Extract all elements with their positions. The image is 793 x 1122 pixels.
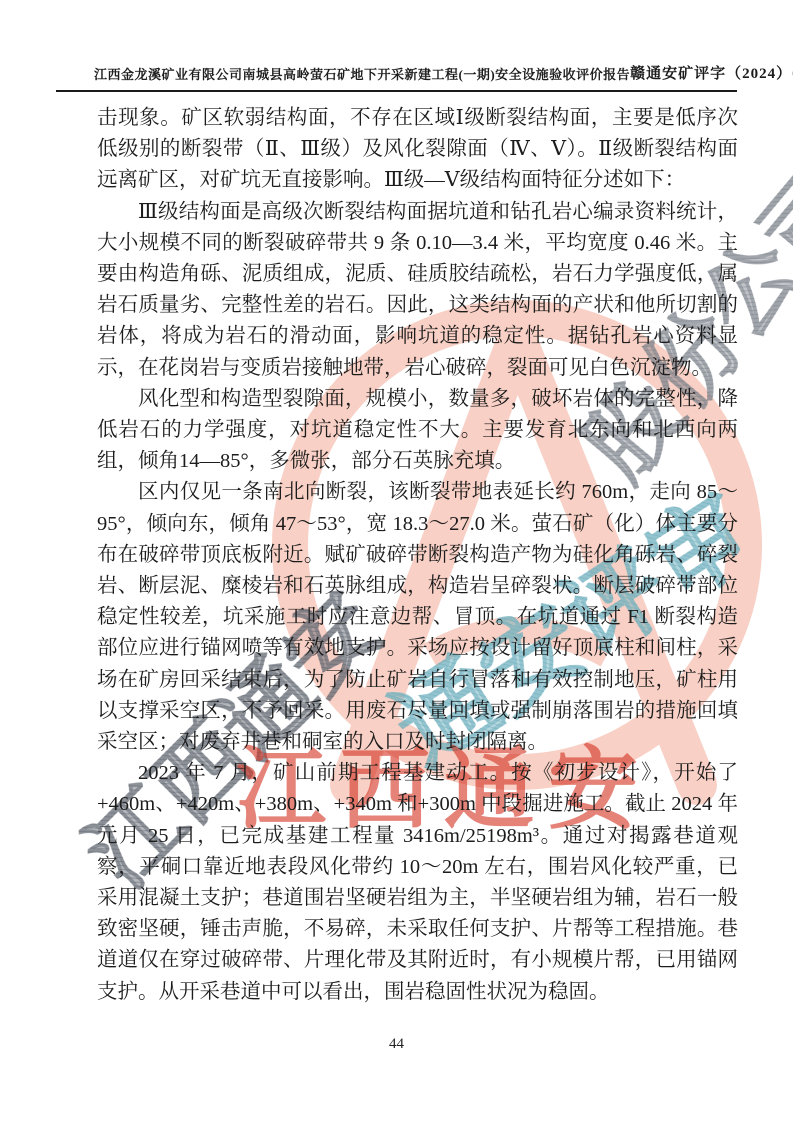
body-paragraph: 击现象。矿区软弱结构面，不存在区域Ⅰ级断裂结构面，主要是低序次低级别的断裂带（Ⅱ… xyxy=(97,103,738,197)
page-header: 江西金龙溪矿业有限公司南城县高岭萤石矿地下开采新建工程(一期)安全设施验收评价报… xyxy=(56,62,737,92)
page-number: 44 xyxy=(0,1036,793,1053)
body-paragraph: Ⅲ级结构面是高级次断裂结构面据坑道和钻孔岩心编录资料统计，大小规模不同的断裂破碎… xyxy=(97,197,738,384)
document-number: 赣通安矿评字（2024）007 号 xyxy=(630,62,793,83)
report-body: 击现象。矿区软弱结构面，不存在区域Ⅰ级断裂结构面，主要是低序次低级别的断裂带（Ⅱ… xyxy=(97,103,738,1008)
report-title: 江西金龙溪矿业有限公司南城县高岭萤石矿地下开采新建工程(一期)安全设施验收评价报… xyxy=(56,64,630,83)
body-paragraph: 区内仅见一条南北向断裂，该断裂带地表延长约 760m，走向 85～95°，倾向东… xyxy=(97,477,738,758)
body-paragraph: 2023 年 7 月，矿山前期工程基建动工。按《初步设计》，开始了+460m、+… xyxy=(97,758,738,1008)
document-page: 股份公司 通安评审 江西通安 江西通安 江西金龙溪矿业有限公司南城县高岭萤石矿地… xyxy=(0,0,793,1122)
body-paragraph: 风化型和构造型裂隙面，规模小，数量多，破坏岩体的完整性，降低岩石的力学强度，对坑… xyxy=(97,384,738,478)
